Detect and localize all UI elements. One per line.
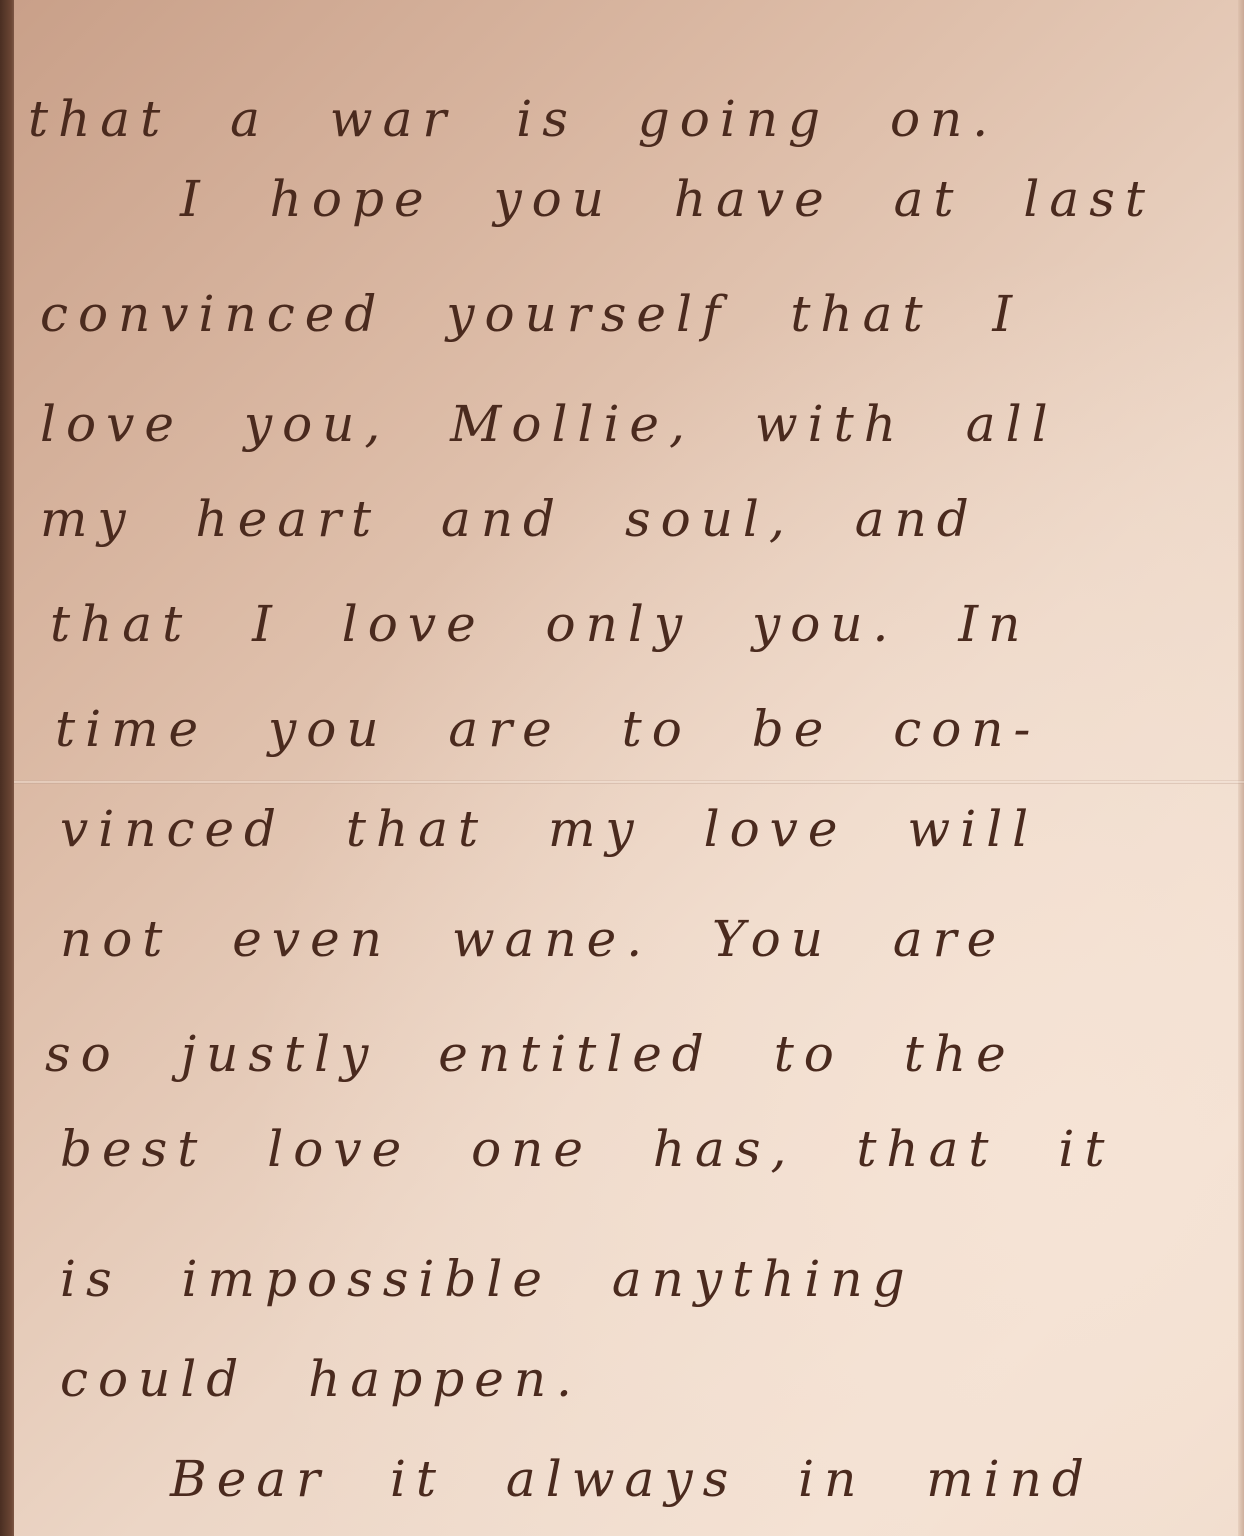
letter-line-14: Bear it always in mind: [0, 1450, 1244, 1508]
letter-line-6: that I love only you. In: [0, 595, 1244, 653]
letter-line-2: I hope you have at last: [0, 170, 1244, 228]
letter-line-13: could happen.: [0, 1350, 1244, 1408]
letter-line-1: that a war is going on.: [0, 90, 1244, 148]
letter-line-12: is impossible anything: [0, 1250, 1244, 1308]
letter-line-8: vinced that my love will: [0, 800, 1244, 858]
letter-line-7: time you are to be con-: [0, 700, 1244, 758]
letter-line-10: so justly entitled to the: [0, 1025, 1244, 1083]
letter-line-9: not even wane. You are: [0, 910, 1244, 968]
paper-fold-line: [14, 780, 1244, 784]
letter-line-4: love you, Mollie, with all: [0, 395, 1244, 453]
letter-line-11: best love one has, that it: [0, 1120, 1244, 1178]
letter-line-3: convinced yourself that I: [0, 285, 1244, 343]
letter-line-5: my heart and soul, and: [0, 490, 1244, 548]
